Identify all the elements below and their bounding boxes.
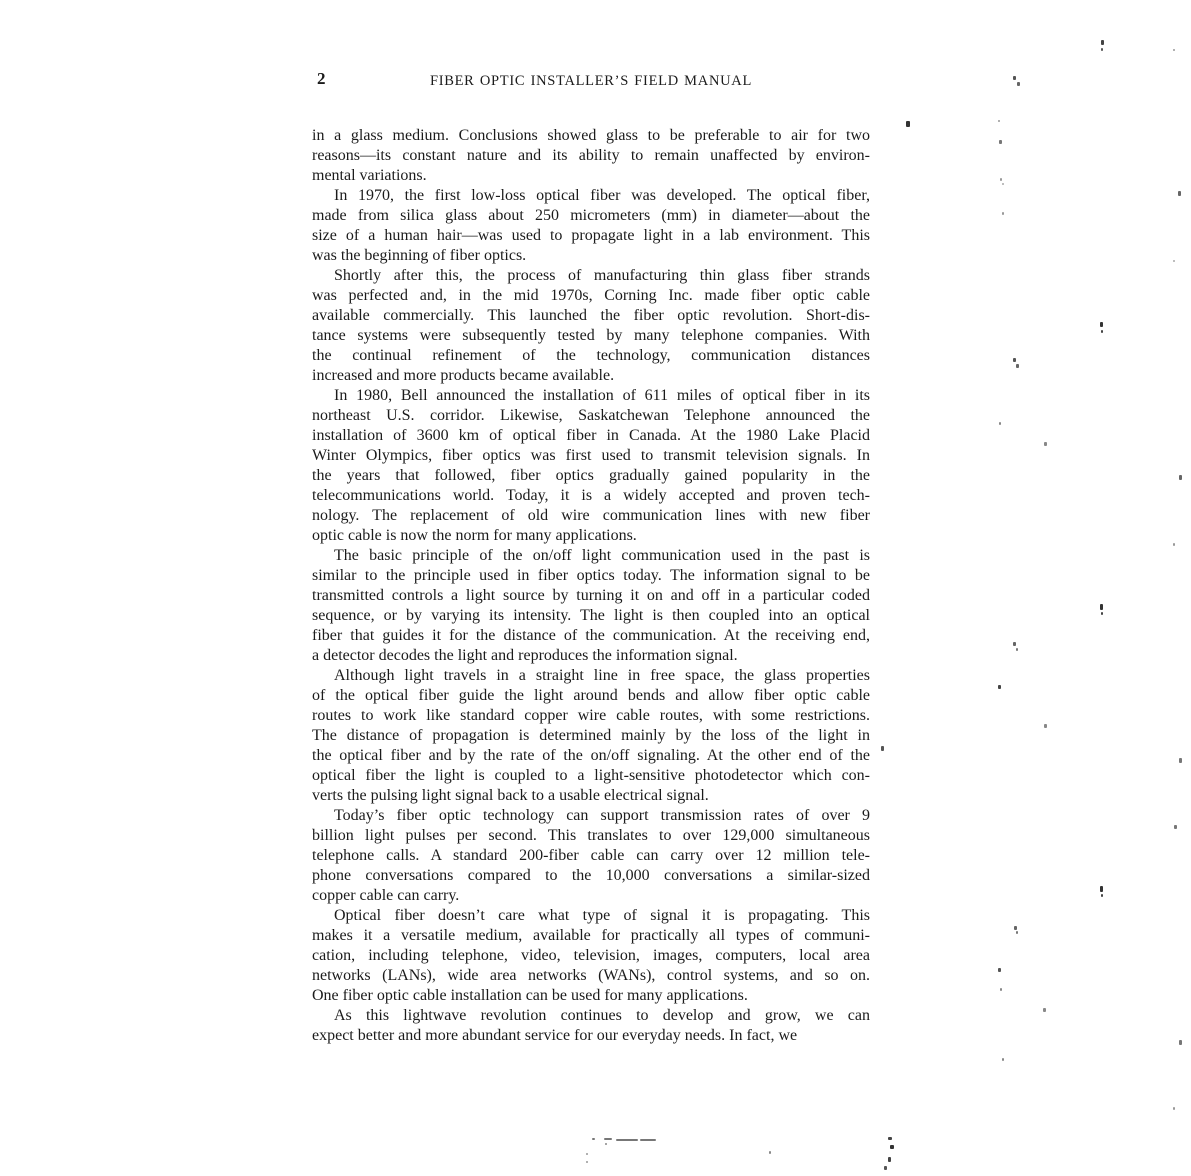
text-line: tance systems were subsequently tested b… [312,326,870,346]
scan-speck [1016,648,1018,651]
scan-speck [586,1161,588,1163]
text-line: installation of 3600 km of optical fiber… [312,426,870,446]
text-line: of the optical fiber guide the light aro… [312,686,870,706]
body-paragraph: Shortly after this, the process of manuf… [312,266,870,386]
text-line: northeast U.S. corridor. Likewise, Saska… [312,406,870,426]
text-line: In 1970, the first low-loss optical fibe… [312,186,870,206]
text-line: optic cable is now the norm for many app… [312,526,870,546]
scan-speck [1173,543,1175,546]
scan-speck [1044,724,1047,728]
scan-speck [769,1151,771,1154]
scan-speck [1101,330,1103,333]
scan-speck [616,1139,638,1141]
text-line: the years that followed, fiber optics gr… [312,466,870,486]
scan-speck [1100,886,1103,892]
scan-speck [1100,322,1103,327]
scan-speck [1013,642,1016,646]
scan-speck [1002,1058,1004,1061]
scan-speck [1016,931,1018,934]
scan-speck [1043,1008,1046,1012]
scan-speck [604,1138,612,1140]
text-line: was the beginning of fiber optics. [312,246,870,266]
text-line: billion light pulses per second. This tr… [312,826,870,846]
scan-speck [1173,260,1175,262]
text-line: increased and more products became avail… [312,366,870,386]
scan-speck [1173,49,1175,51]
text-line: a detector decodes the light and reprodu… [312,646,870,666]
body-paragraph: Although light travels in a straight lin… [312,666,870,806]
text-line: nology. The replacement of old wire comm… [312,506,870,526]
scan-speck [1013,358,1016,362]
scan-speck [1002,183,1004,185]
scan-speck [1016,364,1019,368]
text-line: In 1980, Bell announced the installation… [312,386,870,406]
text-line: The distance of propagation is determine… [312,726,870,746]
text-line: sequence, or by varying its intensity. T… [312,606,870,626]
body-paragraph: Today’s fiber optic technology can suppo… [312,806,870,906]
text-line: made from silica glass about 250 microme… [312,206,870,226]
text-line: in a glass medium. Conclusions showed gl… [312,126,870,146]
text-line: available commercially. This launched th… [312,306,870,326]
text-line: similar to the principle used in fiber o… [312,566,870,586]
text-line: The basic principle of the on/off light … [312,546,870,566]
scan-speck [1178,191,1181,196]
scan-speck [1100,604,1103,610]
text-line: transmitted controls a light source by t… [312,586,870,606]
text-line: Although light travels in a straight lin… [312,666,870,686]
scan-speck [998,685,1001,689]
body-paragraph: In 1970, the first low-loss optical fibe… [312,186,870,266]
scan-speck [999,140,1002,144]
text-line: copper cable can carry. [312,886,870,906]
scan-speck [998,120,1000,122]
body-paragraph: in a glass medium. Conclusions showed gl… [312,126,870,186]
text-line: fiber that guides it for the distance of… [312,626,870,646]
text-line: reasons—its constant nature and its abil… [312,146,870,166]
body-text: in a glass medium. Conclusions showed gl… [312,126,870,1046]
text-line: was perfected and, in the mid 1970s, Cor… [312,286,870,306]
text-line: telephone calls. A standard 200-fiber ca… [312,846,870,866]
text-line: routes to work like standard copper wire… [312,706,870,726]
scan-speck [640,1139,656,1141]
page: 2 FIBER OPTIC INSTALLER’S FIELD MANUAL i… [0,0,1191,1176]
scan-speck [1000,178,1002,181]
text-line: phone conversations compared to the 10,0… [312,866,870,886]
scan-speck [1173,1107,1175,1110]
scan-speck [1101,40,1104,45]
text-line: the continual refinement of the technolo… [312,346,870,366]
scan-speck [884,1166,887,1170]
text-line: optical fiber the light is coupled to a … [312,766,870,786]
scan-speck [881,746,884,751]
scan-speck [1101,894,1103,897]
body-paragraph: As this lightwave revolution continues t… [312,1006,870,1046]
scan-speck [1000,988,1002,991]
scan-speck [1013,76,1016,80]
scan-speck [888,1137,892,1140]
scan-speck [605,1143,607,1145]
scan-speck [586,1153,588,1155]
text-line: cation, including telephone, video, tele… [312,946,870,966]
text-line: Shortly after this, the process of manuf… [312,266,870,286]
scan-speck [906,121,910,127]
running-head: FIBER OPTIC INSTALLER’S FIELD MANUAL [312,73,870,90]
scan-speck [1179,1040,1182,1045]
text-line: Today’s fiber optic technology can suppo… [312,806,870,826]
scan-speck [1017,82,1020,86]
scan-speck [999,422,1001,425]
text-line: telecommunications world. Today, it is a… [312,486,870,506]
scan-speck [1174,825,1177,829]
scan-speck [1101,48,1103,51]
text-line: One fiber optic cable installation can b… [312,986,870,1006]
scan-speck [890,1145,894,1149]
scan-speck [1014,926,1017,930]
text-line: the optical fiber and by the rate of the… [312,746,870,766]
text-line: size of a human hair—was used to propaga… [312,226,870,246]
scan-speck [888,1157,891,1162]
scan-speck [1179,758,1182,763]
body-paragraph: The basic principle of the on/off light … [312,546,870,666]
scan-speck [1101,612,1103,615]
body-paragraph: Optical fiber doesn’t care what type of … [312,906,870,1006]
scan-speck [592,1138,595,1140]
text-line: networks (LANs), wide area networks (WAN… [312,966,870,986]
text-line: As this lightwave revolution continues t… [312,1006,870,1026]
scan-speck [1179,475,1182,480]
text-line: verts the pulsing light signal back to a… [312,786,870,806]
scan-speck [1044,442,1047,446]
text-line: Optical fiber doesn’t care what type of … [312,906,870,926]
body-paragraph: In 1980, Bell announced the installation… [312,386,870,546]
text-line: expect better and more abundant service … [312,1026,870,1046]
text-line: Winter Olympics, fiber optics was first … [312,446,870,466]
text-line: mental variations. [312,166,870,186]
text-line: makes it a versatile medium, available f… [312,926,870,946]
scan-speck [998,968,1001,972]
scan-speck [1002,212,1004,215]
